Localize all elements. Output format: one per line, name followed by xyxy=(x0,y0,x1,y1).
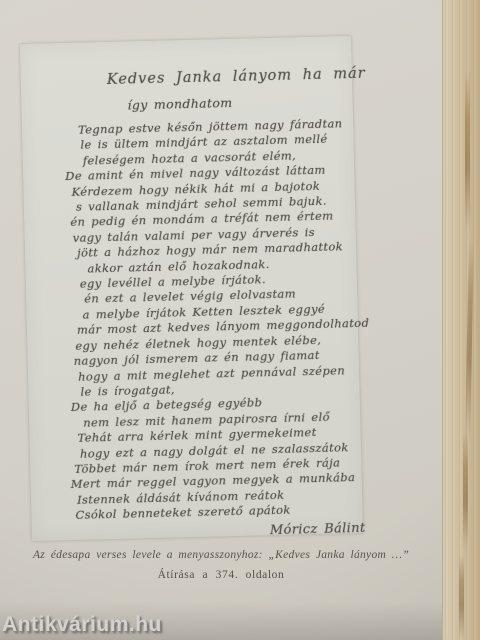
caption: Az édesapa verses levele a menyasszonyho… xyxy=(0,548,442,582)
letter-heading: Kedves Janka lányom ha márígy mondhatom xyxy=(47,60,353,119)
handwriting-line: így mondhatom xyxy=(127,88,353,117)
caption-line2: Átírása a 374. oldalon xyxy=(0,568,442,582)
letter-facsimile: Kedves Janka lányom ha márígy mondhatom … xyxy=(20,36,363,541)
letter-body: Tegnap estve későn jöttem nagy fáradtanl… xyxy=(48,116,363,524)
letter-signature: Móricz Bálint xyxy=(270,518,363,540)
fore-edge-streak xyxy=(459,555,464,640)
caption-line1: Az édesapa verses levele a menyasszonyho… xyxy=(0,548,442,562)
watermark: Antikvárium.hu xyxy=(2,613,162,637)
book-fore-edge xyxy=(442,0,480,640)
fore-edge-streak xyxy=(465,70,470,230)
fore-edge-streak xyxy=(465,240,473,440)
fore-edge-streak xyxy=(463,430,468,550)
